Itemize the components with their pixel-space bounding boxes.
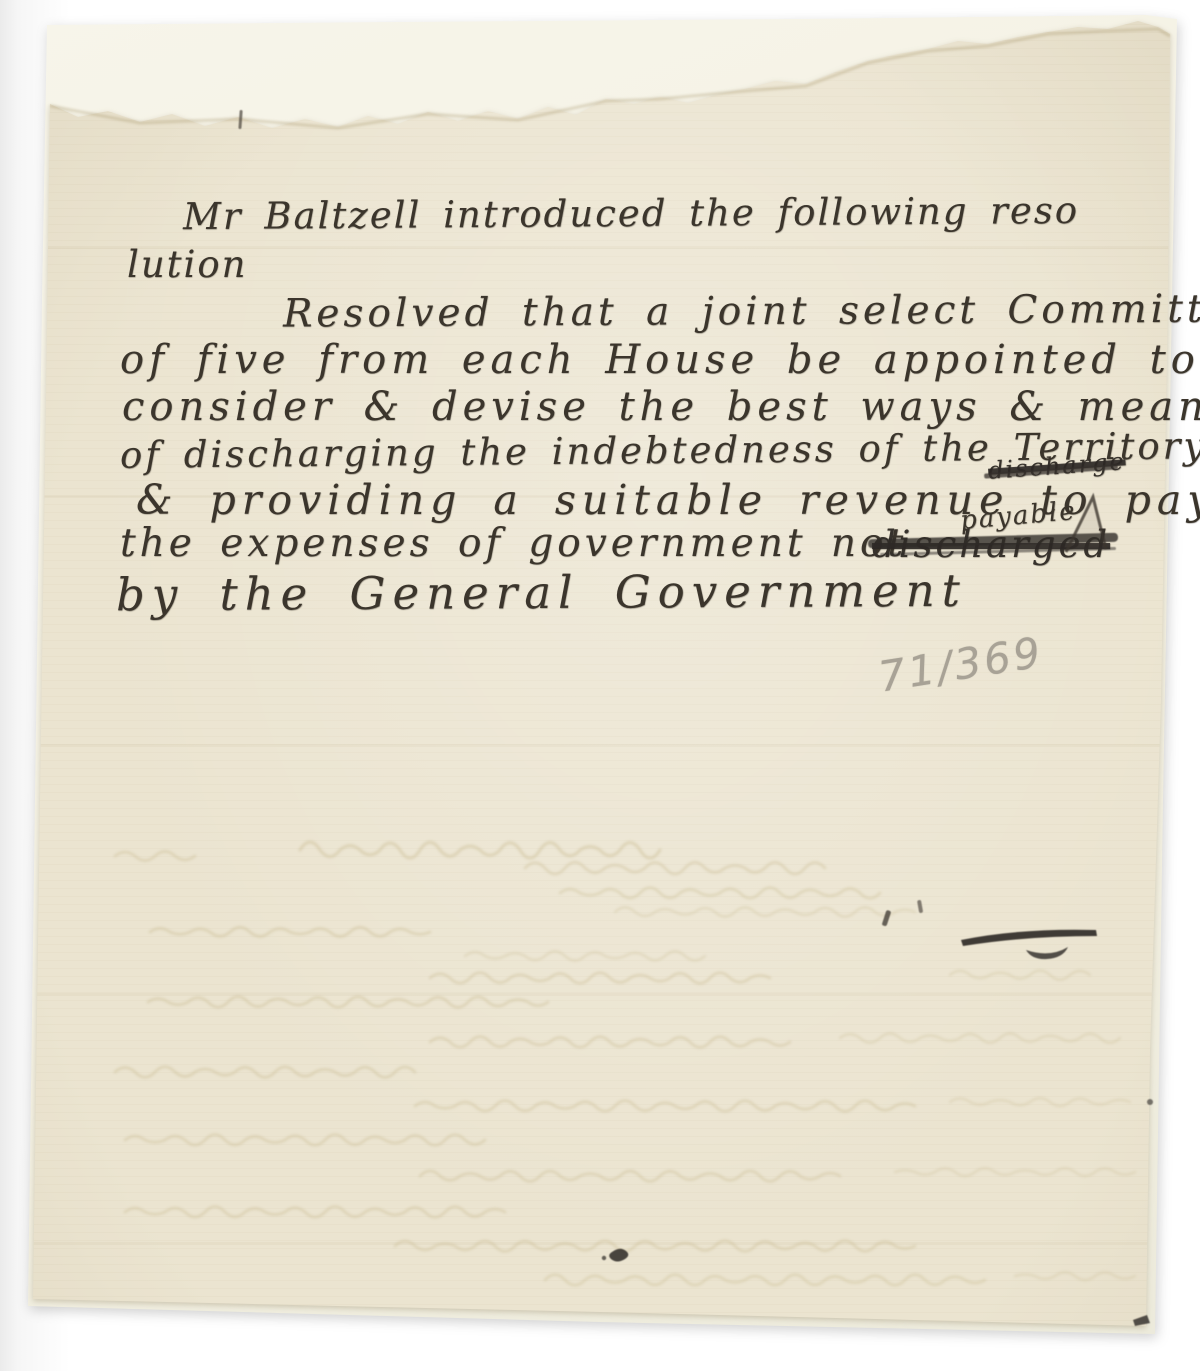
pen-tick-top xyxy=(238,110,242,129)
insertion-caret-mark xyxy=(1066,497,1106,552)
ink-smear-streak xyxy=(961,930,1097,946)
ink-smear-hook xyxy=(1026,947,1068,959)
strike-mark-upper xyxy=(984,464,1118,478)
ink-marks xyxy=(0,0,1200,1371)
edge-fleck xyxy=(1147,1099,1153,1105)
ink-dot xyxy=(609,1249,628,1262)
corner-fleck xyxy=(1133,1315,1150,1326)
scanned-document-canvas: Mr Baltzell introduced the following res… xyxy=(0,0,1200,1371)
ink-dot-small xyxy=(602,1256,606,1260)
ink-tick-1 xyxy=(882,910,892,927)
ink-tick-2 xyxy=(917,900,923,913)
